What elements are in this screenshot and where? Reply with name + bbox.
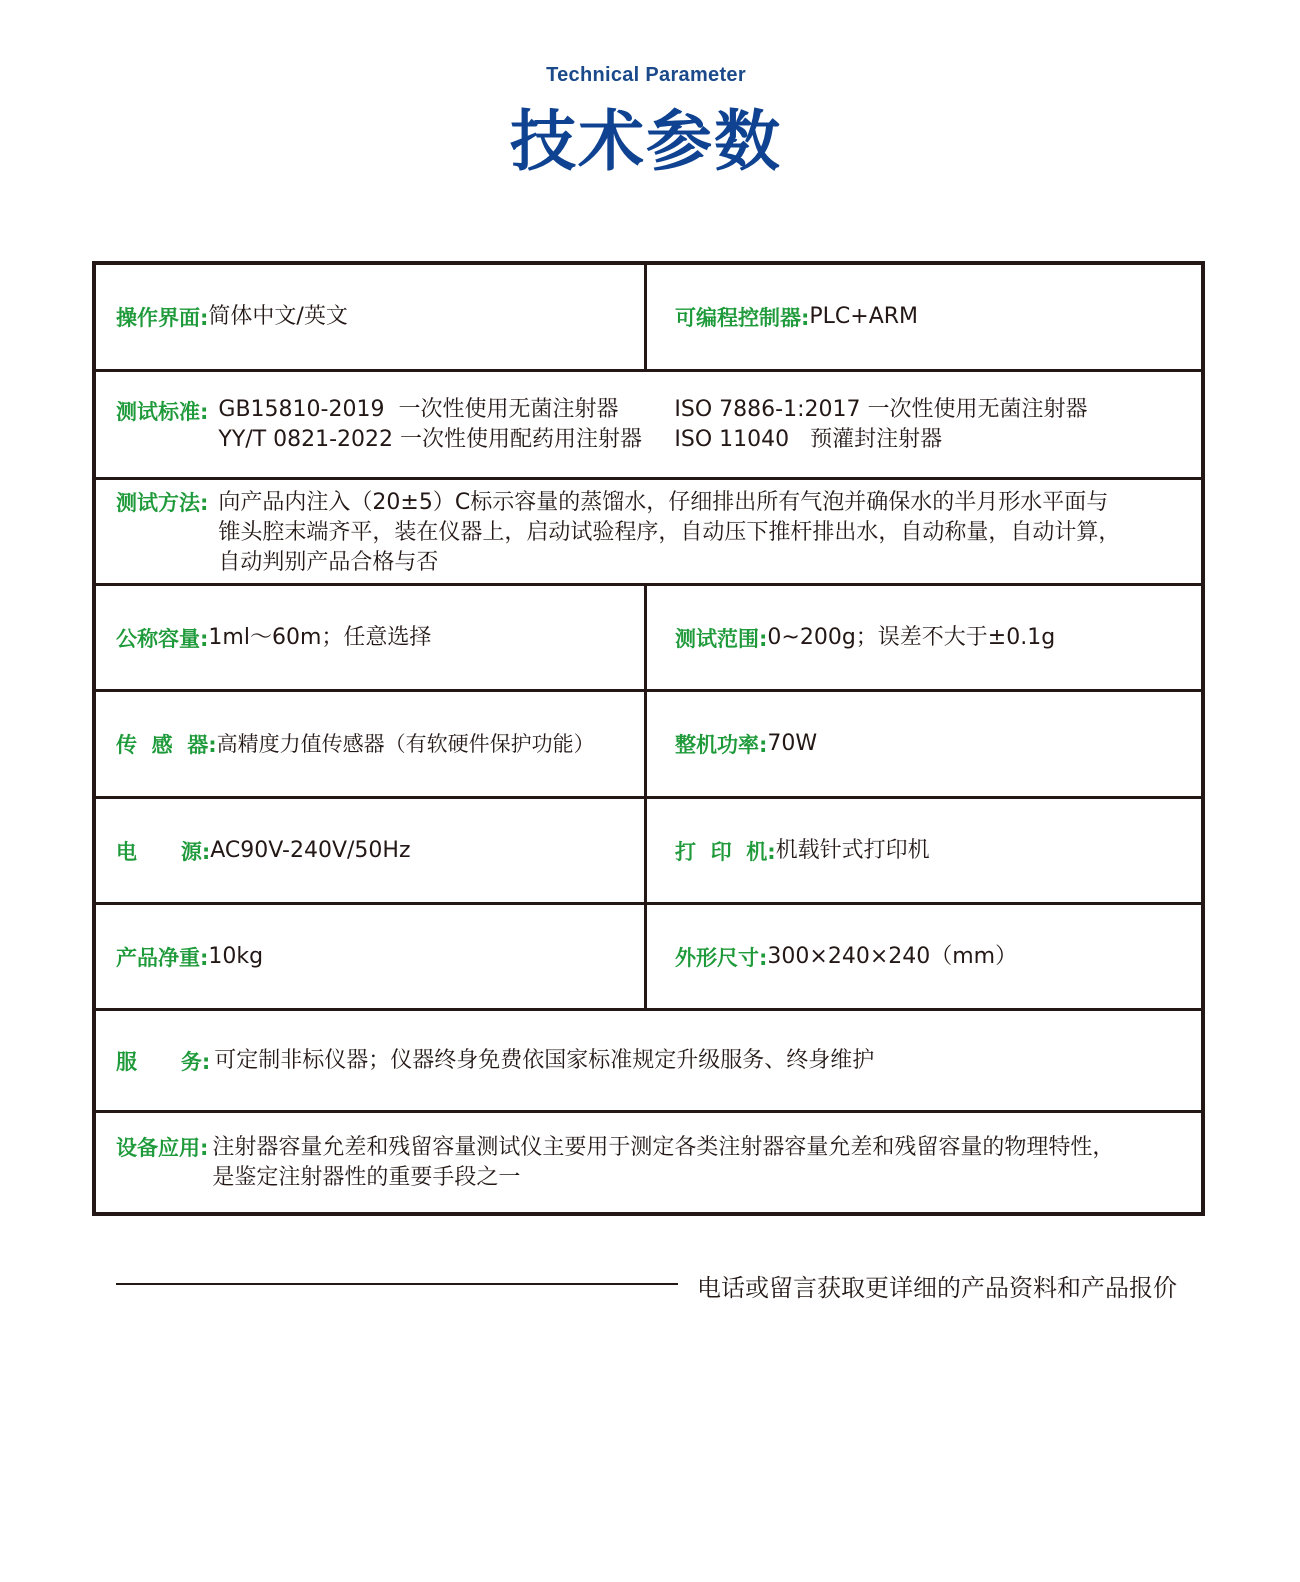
spec-cell-capacity: 公称容量: 1ml～60m；任意选择 [96, 586, 644, 689]
spec-value: 10kg [208, 942, 263, 972]
spec-value: 简体中文/英文 [208, 302, 347, 332]
spec-cell-weight: 产品净重: 10kg [96, 905, 644, 1008]
spec-value: 高精度力值传感器（有软硬件保护功能） [217, 729, 595, 759]
spec-label: 打 印 机: [675, 836, 776, 866]
spec-value: 0~200g；误差不大于±0.1g [767, 623, 1055, 653]
spec-cell-application: 设备应用: 注射器容量允差和残留容量测试仪主要用于测定各类注射器容量允差和残留容… [96, 1113, 1201, 1212]
spec-row-standards: 测试标准: GB15810-2019 一次性使用无菌注射器 ISO 7886-1… [96, 369, 1201, 477]
application-text: 注射器容量允差和残留容量测试仪主要用于测定各类注射器容量允差和残留容量的物理特性… [212, 1133, 1114, 1193]
spec-value: 70W [767, 729, 817, 759]
standard-item: ISO 7886-1:2017 一次性使用无菌注射器 [674, 395, 1087, 425]
spec-label: 操作界面: [116, 302, 208, 332]
method-line: 锥头腔末端齐平，装在仪器上，启动试验程序，自动压下推杆排出水，自动称量，自动计算… [218, 518, 1120, 548]
standard-item: GB15810-2019 一次性使用无菌注射器 [218, 395, 674, 425]
page-title: 技术参数 [0, 100, 1292, 184]
spec-row-sensor-power: 传 感 器: 高精度力值传感器（有软硬件保护功能） 整机功率: 70W [96, 689, 1201, 796]
spec-label: 产品净重: [116, 942, 208, 972]
standard-item: YY/T 0821-2022 一次性使用配药用注射器 [218, 425, 674, 455]
spec-label: 可编程控制器: [675, 302, 809, 332]
spec-label: 服 务: [116, 1046, 210, 1076]
spec-cell-plc: 可编程控制器: PLC+ARM [644, 265, 1201, 369]
standard-item: ISO 11040 预灌封注射器 [674, 425, 1087, 455]
spec-label: 测试范围: [675, 623, 767, 653]
spec-label: 测试方法: [116, 488, 208, 518]
spec-row-application: 设备应用: 注射器容量允差和残留容量测试仪主要用于测定各类注射器容量允差和残留容… [96, 1110, 1201, 1212]
spec-value: PLC+ARM [809, 302, 918, 332]
spec-label: 电 源: [116, 836, 210, 866]
spec-label: 设备应用: [116, 1133, 208, 1163]
method-text: 向产品内注入（20±5）C标示容量的蒸馏水，仔细排出所有气泡并确保水的半月形水平… [218, 488, 1120, 578]
spec-label: 公称容量: [116, 623, 208, 653]
spec-row-capacity-range: 公称容量: 1ml～60m；任意选择 测试范围: 0~200g；误差不大于±0.… [96, 583, 1201, 689]
spec-value: 机载针式打印机 [776, 836, 930, 866]
spec-cell-standards: 测试标准: GB15810-2019 一次性使用无菌注射器 ISO 7886-1… [96, 372, 1201, 477]
spec-value: 1ml～60m；任意选择 [208, 623, 431, 653]
spec-row-ui-plc: 操作界面: 简体中文/英文 可编程控制器: PLC+ARM [96, 265, 1201, 369]
standards-list: GB15810-2019 一次性使用无菌注射器 ISO 7886-1:2017 … [218, 395, 1087, 455]
spec-cell-method: 测试方法: 向产品内注入（20±5）C标示容量的蒸馏水，仔细排出所有气泡并确保水… [96, 480, 1201, 583]
spec-cell-power: 整机功率: 70W [644, 692, 1201, 796]
spec-label: 整机功率: [675, 729, 767, 759]
section-subtitle: Technical Parameter [0, 64, 1292, 87]
spec-row-supply-printer: 电 源: AC90V-240V/50Hz 打 印 机: 机载针式打印机 [96, 796, 1201, 902]
spec-cell-printer: 打 印 机: 机载针式打印机 [644, 799, 1201, 902]
method-line: 向产品内注入（20±5）C标示容量的蒸馏水，仔细排出所有气泡并确保水的半月形水平… [218, 488, 1120, 518]
contact-prompt: 电话或留言获取更详细的产品资料和产品报价 [697, 1268, 1177, 1303]
footer-divider [116, 1283, 678, 1285]
spec-cell-sensor: 传 感 器: 高精度力值传感器（有软硬件保护功能） [96, 692, 644, 796]
spec-row-service: 服 务: 可定制非标仪器；仪器终身免费依国家标准规定升级服务、终身维护 [96, 1008, 1201, 1110]
spec-cell-service: 服 务: 可定制非标仪器；仪器终身免费依国家标准规定升级服务、终身维护 [96, 1011, 1201, 1110]
spec-label: 传 感 器: [116, 729, 217, 759]
spec-value: 300×240×240（mm） [767, 942, 1017, 972]
spec-table: 操作界面: 简体中文/英文 可编程控制器: PLC+ARM 测试标准: GB15… [92, 261, 1205, 1216]
method-line: 自动判别产品合格与否 [218, 548, 1120, 578]
spec-cell-supply: 电 源: AC90V-240V/50Hz [96, 799, 644, 902]
spec-value: AC90V-240V/50Hz [210, 836, 410, 866]
spec-cell-range: 测试范围: 0~200g；误差不大于±0.1g [644, 586, 1201, 689]
spec-label: 测试标准: [116, 396, 208, 426]
application-line: 注射器容量允差和残留容量测试仪主要用于测定各类注射器容量允差和残留容量的物理特性… [212, 1133, 1114, 1163]
spec-label: 外形尺寸: [675, 942, 767, 972]
application-line: 是鉴定注射器性的重要手段之一 [212, 1163, 1114, 1193]
spec-value: 可定制非标仪器；仪器终身免费依国家标准规定升级服务、终身维护 [214, 1046, 874, 1076]
spec-row-method: 测试方法: 向产品内注入（20±5）C标示容量的蒸馏水，仔细排出所有气泡并确保水… [96, 477, 1201, 583]
spec-row-weight-dimensions: 产品净重: 10kg 外形尺寸: 300×240×240（mm） [96, 902, 1201, 1008]
spec-cell-ui: 操作界面: 简体中文/英文 [96, 265, 644, 369]
spec-cell-dimensions: 外形尺寸: 300×240×240（mm） [644, 905, 1201, 1008]
